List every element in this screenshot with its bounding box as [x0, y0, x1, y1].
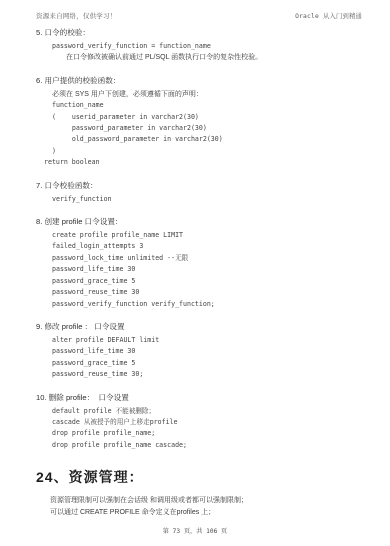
code-line: password_reuse_time 30: [52, 287, 362, 298]
code-line: drop profile profile_name cascade;: [52, 440, 362, 451]
section-title: 8. 创建 profile 口令设置：: [36, 216, 362, 227]
document-page: 资源来自网络，仅供学习！ Oracle 从入门到精通 5. 口令的校验： pas…: [0, 0, 390, 546]
code-line: ( userid_parameter in varchar2(30): [52, 112, 362, 123]
chapter-body: 资源管理限制可以强制在会话级 和调用级或者都可以强制限制； 可以通过 CREAT…: [36, 495, 362, 518]
code-line: password_lock_time unlimited --无限: [52, 253, 362, 264]
code-line: default profile 不能被删除；: [52, 406, 362, 417]
code-line: password_verify_function = function_name: [52, 41, 362, 52]
code-line: password_verify_function verify_function…: [52, 299, 362, 310]
section-24-resource-management: 24、资源管理： 资源管理限制可以强制在会话级 和调用级或者都可以强制限制； 可…: [36, 467, 362, 518]
section-6-user-verify-function: 6. 用户提供的校验函数： 必须在 SYS 用户下创建，必须遵循下面的声明： f…: [36, 75, 362, 169]
section-title: 10. 删除 profile： 口令设置: [36, 392, 362, 403]
code-line: password_life_time 30: [52, 264, 362, 275]
header-right-title: Oracle 从入门到精通: [295, 11, 362, 20]
code-line: return boolean: [44, 157, 362, 168]
header-left-note: 资源来自网络，仅供学习！: [36, 11, 116, 20]
code-line: ): [52, 146, 362, 157]
code-line: function_name: [52, 100, 362, 111]
section-7-verify-function: 7. 口令校验函数： verify_function: [36, 180, 362, 205]
section-title: 5. 口令的校验：: [36, 27, 362, 38]
text-line: 必须在 SYS 用户下创建，必须遵循下面的声明：: [52, 89, 362, 100]
section-5-password-check: 5. 口令的校验： password_verify_function = fun…: [36, 27, 362, 64]
chapter-heading: 24、资源管理：: [36, 467, 362, 487]
text-line: 资源管理限制可以强制在会话级 和调用级或者都可以强制限制；: [50, 495, 362, 506]
code-line: drop profile profile_name;: [52, 428, 362, 439]
code-line: password_parameter in varchar2(30): [52, 123, 362, 134]
page-number-footer: 第 73 页，共 106 页: [0, 526, 390, 535]
code-line: password_life_time 30: [52, 346, 362, 357]
section-8-create-profile: 8. 创建 profile 口令设置： create profile profi…: [36, 216, 362, 310]
code-line: verify_function: [52, 194, 362, 205]
section-title: 9. 修改 profile ： 口令设置: [36, 321, 362, 332]
code-line: password_grace_time 5: [52, 358, 362, 369]
text-line: 在口令修改被确认前通过 PL/SQL 函数执行口令的复杂性校验。: [66, 52, 362, 63]
section-title: 7. 口令校验函数：: [36, 180, 362, 191]
code-line: password_grace_time 5: [52, 276, 362, 287]
text-line: 可以通过 CREATE PROFILE 命令定义在profiles 上；: [50, 507, 362, 518]
page-header: 资源来自网络，仅供学习！ Oracle 从入门到精通: [36, 11, 362, 20]
code-line: failed_login_attempts 3: [52, 241, 362, 252]
section-9-alter-profile: 9. 修改 profile ： 口令设置 alter profile DEFAU…: [36, 321, 362, 381]
code-line: old_password_parameter in varchar2(30): [52, 134, 362, 145]
code-line: alter profile DEFAULT limit: [52, 335, 362, 346]
section-10-drop-profile: 10. 删除 profile： 口令设置 default profile 不能被…: [36, 392, 362, 452]
code-line: create profile profile_name LIMIT: [52, 230, 362, 241]
section-title: 6. 用户提供的校验函数：: [36, 75, 362, 86]
code-line: password_reuse_time 30;: [52, 369, 362, 380]
code-line: cascade 从被授予的用户上移走profile: [52, 417, 362, 428]
